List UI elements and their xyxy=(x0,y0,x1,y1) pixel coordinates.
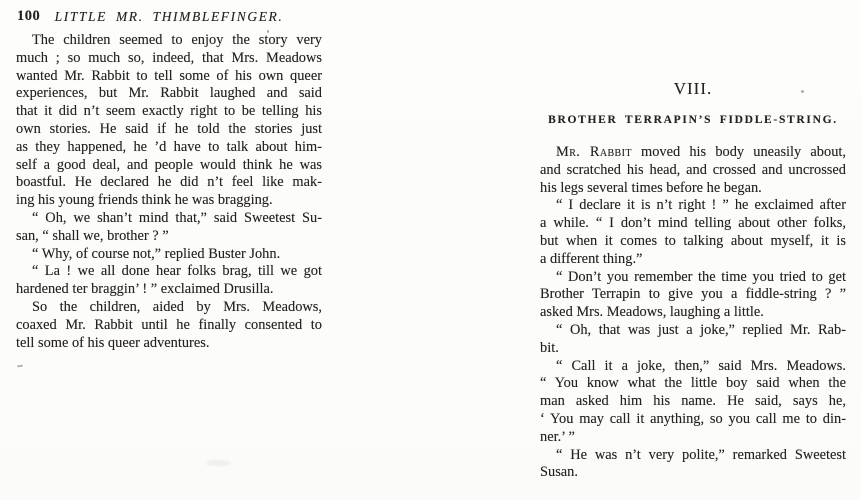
book-spread: 100 LITTLE MR. THIMBLEFINGER. The childr… xyxy=(0,0,861,500)
text-line: asked Mrs. Meadows, laughing a little. xyxy=(540,304,846,322)
text-line: his legs several times before he began. xyxy=(540,180,846,198)
text-line: “ Why, of course not,” replied Buster Jo… xyxy=(16,246,322,264)
text-line: a while. “ I don’t mind telling about ot… xyxy=(540,215,846,233)
chapter-number: VIII. xyxy=(540,79,846,99)
text-line: san, “ shall we, brother ? ” xyxy=(16,228,322,246)
text-line: but when it comes to talking about mysel… xyxy=(540,233,846,251)
text-line: hardened ter braggin’ ! ” exclaimed Drus… xyxy=(16,281,322,299)
text-line: much ; so much so, indeed, that Mrs. Mea… xyxy=(16,50,322,68)
scan-artifact xyxy=(17,365,23,368)
text-line: boastful. He declared he did n’t feel li… xyxy=(16,174,322,192)
left-page-text: The children seemed to enjoy the story v… xyxy=(16,32,322,352)
left-page-header: 100 LITTLE MR. THIMBLEFINGER. xyxy=(16,6,322,28)
text-line: “ You know what the little boy said when… xyxy=(540,375,846,393)
text-line: own stories. He said if he told the stor… xyxy=(16,121,322,139)
paragraph: “ Oh, we shan’t mind that,” said Sweetes… xyxy=(16,210,322,246)
text-line: Brother Terrapin to give you a fiddle-st… xyxy=(540,286,846,304)
text-line: experiences, but Mr. Rabbit laughed and … xyxy=(16,85,322,103)
text-line: bit. xyxy=(540,340,846,358)
text-line: coaxed Mr. Rabbit until he finally conse… xyxy=(16,317,322,335)
text-line: “ Oh, we shan’t mind that,” said Sweetes… xyxy=(16,210,322,228)
paragraph: The children seemed to enjoy the story v… xyxy=(16,32,322,210)
paragraph: “ I declare it is n’t right ! ” he excla… xyxy=(540,197,846,268)
text-line: Susan. xyxy=(540,464,846,482)
chapter-title: BROTHER TERRAPIN’S FIDDLE-STRING. xyxy=(540,113,846,128)
text-line: and scratched his head, and crossed and … xyxy=(540,162,846,180)
text-line: “ I declare it is n’t right ! ” he excla… xyxy=(540,197,846,215)
left-page: 100 LITTLE MR. THIMBLEFINGER. The childr… xyxy=(16,6,322,352)
paragraph: “ Why, of course not,” replied Buster Jo… xyxy=(16,246,322,264)
right-page-text: Mr. Rabbit moved his body uneasily about… xyxy=(540,144,846,482)
text-line: man asked him his name. He said, says he… xyxy=(540,393,846,411)
right-page: VIII. BROTHER TERRAPIN’S FIDDLE-STRING. … xyxy=(540,79,846,482)
text-line: So the children, aided by Mrs. Meadows, xyxy=(16,299,322,317)
text-line: ner.’ ” xyxy=(540,429,846,447)
text-line: wanted Mr. Rabbit to tell some of his ow… xyxy=(16,68,322,86)
text-line: a different thing.” xyxy=(540,251,846,269)
paragraph: So the children, aided by Mrs. Meadows,c… xyxy=(16,299,322,352)
paragraph: “ La ! we all done hear folks brag, till… xyxy=(16,263,322,299)
text-line: that it did n’t seem exactly right to be… xyxy=(16,103,322,121)
text-line: ing his young friends think he was bragg… xyxy=(16,192,322,210)
scan-artifact xyxy=(205,460,231,466)
small-caps-text: Mr. Rabbit xyxy=(556,144,632,160)
text-line: “ Oh, that was just a joke,” replied Mr.… xyxy=(540,322,846,340)
text-line: “ Don’t you remember the time you tried … xyxy=(540,269,846,287)
paragraph: “ He was n’t very polite,” remarked Swee… xyxy=(540,447,846,483)
paragraph: “ Don’t you remember the time you tried … xyxy=(540,269,846,322)
text-line: Mr. Rabbit moved his body uneasily about… xyxy=(540,144,846,162)
paragraph: “ Call it a joke, then,” said Mrs. Meado… xyxy=(540,358,846,447)
text-line: The children seemed to enjoy the story v… xyxy=(16,32,322,50)
text-line: “ He was n’t very polite,” remarked Swee… xyxy=(540,447,846,465)
text-line: tell some of his queer adventures. xyxy=(16,335,322,353)
text-line: “ Call it a joke, then,” said Mrs. Meado… xyxy=(540,358,846,376)
text-line: “ La ! we all done hear folks brag, till… xyxy=(16,263,322,281)
paragraph: Mr. Rabbit moved his body uneasily about… xyxy=(540,144,846,197)
text-line: as they happened, he ’d have to talk abo… xyxy=(16,139,322,157)
paragraph: “ Oh, that was just a joke,” replied Mr.… xyxy=(540,322,846,358)
running-title: LITTLE MR. THIMBLEFINGER. xyxy=(16,9,322,25)
text-line: self a good deal, and people would think… xyxy=(16,157,322,175)
text-line: ‘ You may call it anything, so you call … xyxy=(540,411,846,429)
